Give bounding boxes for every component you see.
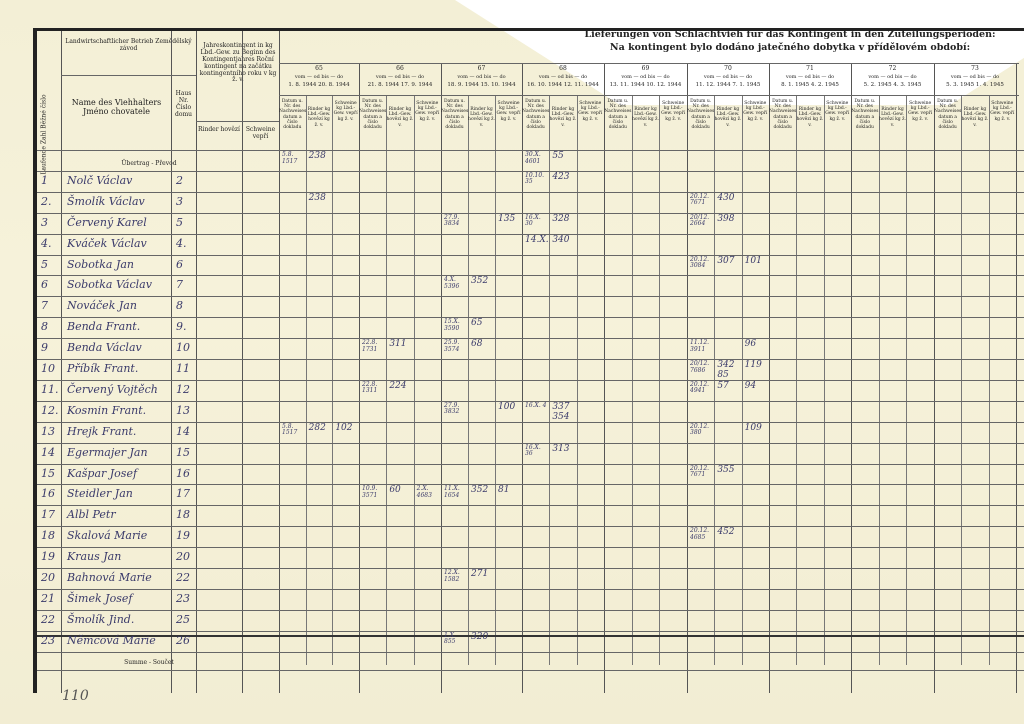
period-number: 67 — [441, 66, 522, 73]
house-number: 26 — [176, 634, 190, 647]
row-number: 2. — [41, 195, 52, 208]
house-number: 22 — [176, 571, 190, 584]
row-number: 1 — [41, 174, 48, 187]
sub-header-rinder: Rinder kg Lbd.-Gew. hovězí kg ž. v. — [714, 107, 741, 128]
period-divider — [522, 63, 523, 693]
sub-header-rinder: Rinder kg Lbd.-Gew. hovězí kg ž. v. — [632, 107, 660, 128]
period-dates: 1. 8. 1944 20. 8. 1944 — [279, 82, 359, 88]
ledger-entry: 16.X. 30 — [525, 215, 549, 228]
ledger-entry: 352 — [471, 486, 495, 496]
period-dates: 21. 8. 1944 17. 9. 1944 — [359, 82, 441, 88]
ledger-entry: 313 — [552, 445, 576, 455]
ledger-entry: 27.9. 3834 — [444, 215, 468, 228]
period-divider — [279, 63, 280, 693]
row-number: 23 — [41, 634, 55, 647]
house-number: 11 — [176, 362, 190, 375]
ledger-entry: 271 — [471, 570, 495, 580]
sub-header-schweine: Schweine kg Lbd.-Gew. vepří kg ž. v. — [989, 101, 1016, 122]
period-dates: 8. 1. 1945 4. 2. 1945 — [769, 82, 851, 88]
sub-header-datum: Datum u. Nr. des Nachweises datum a čísl… — [851, 99, 879, 130]
ledger-entry: 20/12. 7686 — [690, 361, 714, 374]
ledger-entry: 55 — [552, 152, 576, 162]
header-name: Name des Viehhalters Jméno chovatele — [64, 98, 169, 116]
holder-name: Šimek Josef — [67, 592, 132, 605]
ledger-entry: 430 — [717, 194, 741, 204]
ledger-entry: 5.8. 1517 — [282, 424, 306, 437]
row-line — [61, 75, 196, 76]
header-haus: Haus Nr. Číslo domu — [171, 91, 196, 119]
holder-name: Bahnová Marie — [67, 571, 152, 584]
row-line — [37, 526, 1024, 527]
ledger-entry: 22.8. 1731 — [362, 340, 386, 353]
row-line — [37, 547, 1024, 548]
period-number: 66 — [359, 66, 441, 73]
row-line — [37, 359, 1024, 360]
ledger-entry: 311 — [389, 340, 413, 350]
ledger-entry: 96 — [745, 340, 769, 350]
period-divider — [359, 63, 360, 693]
ledger-entry: 423 — [552, 173, 576, 183]
house-number: 25 — [176, 613, 190, 626]
row-number: 22 — [41, 613, 55, 626]
holder-name: Benda Václav — [67, 341, 142, 354]
row-line — [37, 422, 1024, 423]
house-number: 2 — [176, 174, 183, 187]
ledger-entry: 20.12. 4941 — [690, 382, 714, 395]
house-number: 3 — [176, 195, 183, 208]
torn-edge-top — [490, 0, 750, 10]
ledger-entry: 20.12. 7671 — [690, 466, 714, 479]
ledger-entry: 10.10. 35 — [525, 173, 549, 186]
ledger-entry: 20.12. 4685 — [690, 528, 714, 541]
sub-header-rinder: Rinder kg Lbd.-Gew. hovězí kg ž. v. — [306, 107, 333, 128]
house-number: 18 — [176, 508, 190, 521]
ledger-entry: 30.X. 4601 — [525, 152, 549, 165]
period-vom-bis: vom — od bis — do — [934, 75, 1016, 81]
uebertrag-label: Übertrag - Převod — [94, 161, 204, 168]
holder-name: Sobotka Václav — [67, 278, 152, 291]
row-number: 10 — [41, 362, 55, 375]
ledger-entry: 238 — [309, 152, 333, 162]
sub-header-datum: Datum u. Nr. des Nachweises datum a čísl… — [769, 99, 796, 130]
row-number: 9 — [41, 341, 48, 354]
holder-name: Šmolík Václav — [67, 195, 145, 208]
period-number: 71 — [769, 66, 851, 73]
house-number: 13 — [176, 404, 190, 417]
row-number: 13 — [41, 425, 55, 438]
row-line — [196, 121, 279, 122]
sub-header-schweine: Schweine kg Lbd.-Gew. vepří kg ž. v. — [414, 101, 441, 122]
row-number: 14 — [41, 446, 55, 459]
house-number: 19 — [176, 529, 190, 542]
period-divider — [441, 63, 442, 693]
house-number: 9. — [176, 320, 187, 333]
row-line — [37, 652, 1024, 653]
ledger-entry: 282 — [309, 424, 333, 434]
period-number: 73 — [934, 66, 1016, 73]
holder-name: Červený Vojtěch — [67, 383, 158, 396]
sub-header-schweine: Schweine kg Lbd.-Gew. vepří kg ž. v. — [577, 101, 604, 122]
column-divider — [61, 31, 62, 693]
sub-header-rinder: Rinder kg Lbd.-Gew. hovězí kg ž. v. — [879, 107, 907, 128]
row-line — [37, 568, 1024, 569]
ledger-entry: 119 — [745, 361, 769, 371]
row-line — [37, 192, 1024, 193]
holder-name: Sobotka Jan — [67, 258, 134, 271]
row-number: 11. — [41, 383, 59, 396]
ledger-entry: 100 — [498, 403, 522, 413]
row-number: 16 — [41, 487, 55, 500]
period-vom-bis: vom — od bis — do — [522, 75, 604, 81]
sub-header-rinder: Rinder kg Lbd.-Gew. hovězí kg ž. v. — [549, 107, 576, 128]
holder-name: Šmolík Jind. — [67, 613, 134, 626]
period-divider — [851, 63, 852, 693]
ledger-table: Landwirtschaftlicher Betrieb Zemědělský … — [33, 28, 1024, 693]
period-number: 68 — [522, 66, 604, 73]
row-number: 4. — [41, 237, 52, 250]
holder-name: Albl Petr — [67, 508, 116, 521]
row-number: 8 — [41, 320, 48, 333]
period-dates: 5. 2. 1945 4. 3. 1945 — [851, 82, 934, 88]
period-divider — [604, 63, 605, 693]
ledger-entry: 328 — [552, 215, 576, 225]
header-schweine: Schweine vepří — [242, 127, 279, 141]
holder-name: Benda Frant. — [67, 320, 140, 333]
summe-label: Summe - Součet — [94, 660, 204, 667]
ledger-entry: 22.8. 1311 — [362, 382, 386, 395]
period-dates: 16. 10. 1944 12. 11. 1944 — [522, 82, 604, 88]
ledger-entry: 4.X. 5396 — [444, 277, 468, 290]
ledger-entry: 5.8. 1517 — [282, 152, 306, 165]
house-number: 8 — [176, 299, 183, 312]
ledger-entry: 65 — [471, 319, 495, 329]
ledger-entry: 10.9. 3571 — [362, 486, 386, 499]
row-line — [37, 484, 1024, 485]
holder-name: Nováček Jan — [67, 299, 137, 312]
ledger-entry: 12.X. 1582 — [444, 570, 468, 583]
ledger-entry: 109 — [745, 424, 769, 434]
house-number: 23 — [176, 592, 190, 605]
ledger-entry: 340 — [552, 236, 576, 246]
ledger-entry: 352 — [471, 277, 495, 287]
holder-name: Kraus Jan — [67, 550, 121, 563]
period-vom-bis: vom — od bis — do — [851, 75, 934, 81]
period-vom-bis: vom — od bis — do — [441, 75, 522, 81]
header-betrieb: Landwirtschaftlicher Betrieb Zemědělský … — [61, 39, 196, 53]
ledger-entry: 452 — [717, 528, 741, 538]
sub-header-datum: Datum u. Nr. des Nachweises datum a čísl… — [934, 99, 961, 130]
period-number: 70 — [687, 66, 769, 73]
house-number: 17 — [176, 487, 190, 500]
ledger-entry: 60 — [389, 486, 413, 496]
ledger-entry: 355 — [717, 466, 741, 476]
ledger-entry: 320 — [471, 633, 495, 643]
holder-name: Červený Karel — [67, 216, 147, 229]
holder-name: Příbík Frant. — [67, 362, 138, 375]
sub-header-schweine: Schweine kg Lbd.-Gew. vepří kg ž. v. — [332, 101, 359, 122]
sub-header-datum: Datum u. Nr. des Nachweises datum a čísl… — [359, 99, 386, 130]
row-line — [279, 95, 1019, 96]
holder-name: Kosmin Frant. — [67, 404, 146, 417]
header-rinder: Rinder hovězí — [196, 127, 242, 134]
ledger-entry: 11.X. 1654 — [444, 486, 468, 499]
page-number: 110 — [62, 688, 89, 704]
period-dates: 13. 11. 1944 10. 12. 1944 — [604, 82, 687, 88]
sub-header-rinder: Rinder kg Lbd.-Gew. hovězí kg ž. v. — [796, 107, 823, 128]
period-divider — [934, 63, 935, 693]
ledger-entry: 1.X. 855 — [444, 633, 468, 646]
row-line — [37, 505, 1024, 506]
row-line — [37, 670, 1024, 671]
column-divider — [171, 31, 172, 693]
period-vom-bis: vom — od bis — do — [604, 75, 687, 81]
row-number: 20 — [41, 571, 55, 584]
ledger-entry: 101 — [745, 257, 769, 267]
house-number: 12 — [176, 383, 190, 396]
period-number: 72 — [851, 66, 934, 73]
header-jahres: Jahreskontingent in kg Lbd.-Gew. zu Begi… — [199, 43, 277, 84]
ledger-page: Lieferungen von Schlachtvieh für das Kon… — [0, 0, 1024, 724]
sub-header-schweine: Schweine kg Lbd.-Gew. vepří kg ž. v. — [742, 101, 769, 122]
house-number: 5 — [176, 216, 183, 229]
row-number: 17 — [41, 508, 55, 521]
ledger-entry: 68 — [471, 340, 495, 350]
ledger-entry: 102 — [335, 424, 359, 434]
ledger-entry: 20.12. 3084 — [690, 257, 714, 270]
holder-name: Steidler Jan — [67, 487, 133, 500]
period-divider — [687, 63, 688, 693]
row-line — [37, 296, 1024, 297]
ledger-entry: 135 — [498, 215, 522, 225]
ledger-entry: 57 — [717, 382, 741, 392]
holder-name: Kašpar Josef — [67, 467, 137, 480]
period-vom-bis: vom — od bis — do — [769, 75, 851, 81]
row-line — [37, 610, 1024, 611]
holder-name: Němcová Marie — [67, 634, 156, 647]
sub-header-rinder: Rinder kg Lbd.-Gew. hovězí kg ž. v. — [386, 107, 413, 128]
sub-header-datum: Datum u. Nr. des Nachweises datum a čísl… — [279, 99, 306, 130]
ledger-entry: 25.9. 3574 — [444, 340, 468, 353]
sub-header-datum: Datum u. Nr. des Nachweises datum a čísl… — [687, 99, 714, 130]
house-number: 15 — [176, 446, 190, 459]
holder-name: Kváček Václav — [67, 237, 147, 250]
holder-name: Egermajer Jan — [67, 446, 148, 459]
row-line — [37, 338, 1024, 339]
row-line — [37, 275, 1024, 276]
period-divider — [769, 63, 770, 693]
house-number: 16 — [176, 467, 190, 480]
ledger-entry: 238 — [309, 194, 333, 204]
sub-header-schweine: Schweine kg Lbd.-Gew. vepří kg ž. v. — [495, 101, 522, 122]
period-vom-bis: vom — od bis — do — [687, 75, 769, 81]
period-dates: 18. 9. 1944 15. 10. 1944 — [441, 82, 522, 88]
ledger-entry: 337 354 — [552, 403, 576, 423]
ledger-entry: 15.X. 3590 — [444, 319, 468, 332]
holder-name: Nolč Václav — [67, 174, 132, 187]
ledger-entry: 11.12. 3911 — [690, 340, 714, 353]
row-number: 15 — [41, 467, 55, 480]
ledger-entry: 2.X. 4683 — [417, 486, 441, 499]
ledger-entry: 16.X. 36 — [525, 445, 549, 458]
row-line — [37, 317, 1024, 318]
row-line — [37, 631, 1024, 632]
ledger-entry: 342 85 — [717, 361, 741, 381]
ledger-entry: 20.12. 380 — [690, 424, 714, 437]
period-number: 69 — [604, 66, 687, 73]
house-number: 6 — [176, 258, 183, 271]
row-number: 19 — [41, 550, 55, 563]
sub-header-datum: Datum u. Nr. des Nachweises datum a čísl… — [604, 99, 632, 130]
row-number: 3 — [41, 216, 48, 229]
holder-name: Hrejk Frant. — [67, 425, 136, 438]
ledger-entry: 224 — [389, 382, 413, 392]
column-divider — [196, 31, 197, 693]
house-number: 20 — [176, 550, 190, 563]
sub-header-datum: Datum u. Nr. des Nachweises datum a čísl… — [441, 99, 468, 130]
row-line — [37, 464, 1024, 465]
row-number: 5 — [41, 258, 48, 271]
sub-header-rinder: Rinder kg Lbd.-Gew. hovězí kg ž. v. — [961, 107, 988, 128]
ledger-entry: 14.X. — [525, 236, 549, 246]
period-vom-bis: vom — od bis — do — [359, 75, 441, 81]
ledger-entry: 398 — [717, 215, 741, 225]
period-dates: 5. 3. 1945 1. 4. 1945 — [934, 82, 1016, 88]
row-number: 12. — [41, 404, 59, 417]
ledger-entry: 20.12. 7671 — [690, 194, 714, 207]
ledger-entry: 27.9. 3832 — [444, 403, 468, 416]
house-number: 4. — [176, 237, 187, 250]
sub-header-rinder: Rinder kg Lbd.-Gew. hovězí kg ž. v. — [468, 107, 495, 128]
period-number: 65 — [279, 66, 359, 73]
sub-header-schweine: Schweine kg Lbd.-Gew. vepří kg ž. v. — [659, 101, 687, 122]
row-number: 21 — [41, 592, 55, 605]
sub-header-datum: Datum u. Nr. des Nachweises datum a čísl… — [522, 99, 549, 130]
house-number: 14 — [176, 425, 190, 438]
sub-header-schweine: Schweine kg Lbd.-Gew. vepří kg ž. v. — [906, 101, 934, 122]
row-line — [37, 255, 1024, 256]
sub-header-schweine: Schweine kg Lbd.-Gew. vepří kg ž. v. — [824, 101, 851, 122]
holder-name: Skalová Marie — [67, 529, 147, 542]
ledger-entry: 20/12. 2664 — [690, 215, 714, 228]
row-number: 6 — [41, 278, 48, 291]
period-vom-bis: vom — od bis — do — [279, 75, 359, 81]
row-number: 7 — [41, 299, 48, 312]
house-number: 7 — [176, 278, 183, 291]
house-number: 10 — [176, 341, 190, 354]
row-number: 18 — [41, 529, 55, 542]
period-divider — [1016, 63, 1017, 693]
row-line — [279, 63, 1019, 64]
ledger-entry: 94 — [745, 382, 769, 392]
row-line — [37, 589, 1024, 590]
row-line — [37, 380, 1024, 381]
period-dates: 11. 12. 1944 7. 1. 1945 — [687, 82, 769, 88]
ledger-entry: 307 — [717, 257, 741, 267]
ledger-entry: 81 — [498, 486, 522, 496]
column-divider — [242, 31, 243, 693]
ledger-entry: 16.X. 4 — [525, 403, 549, 410]
